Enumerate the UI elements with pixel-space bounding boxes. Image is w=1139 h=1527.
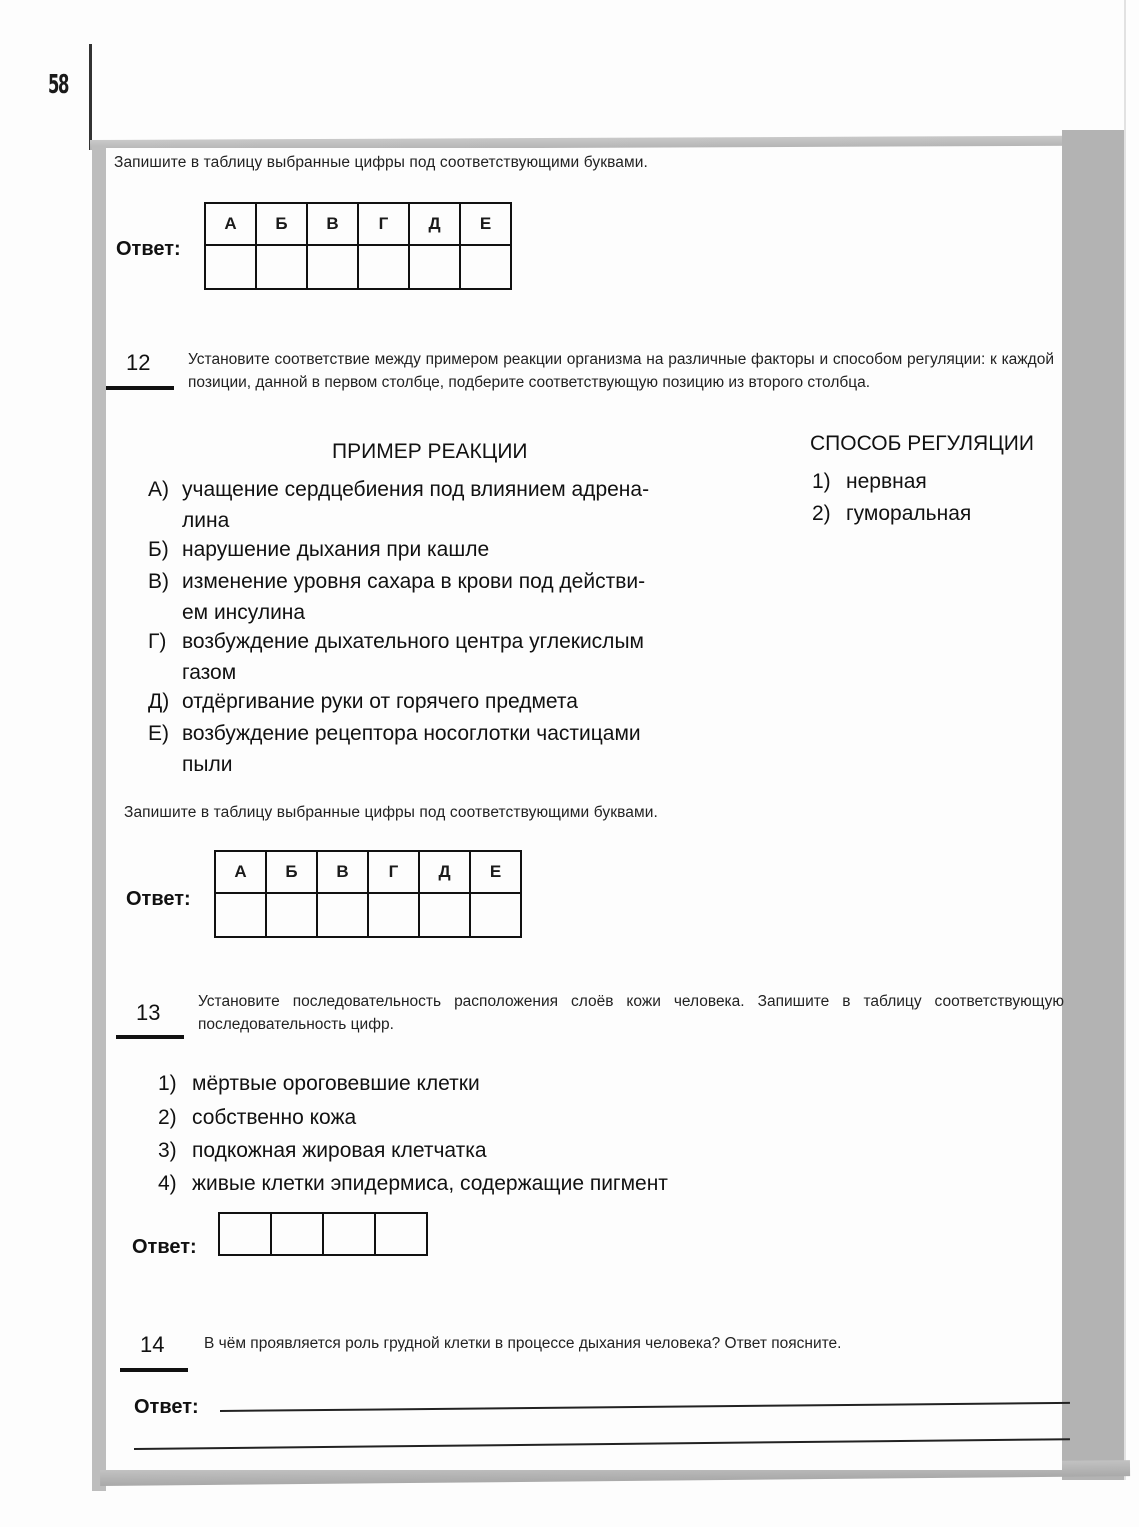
column-d: Д [419,851,470,893]
frame-right-border [1062,130,1124,1480]
question-12-text: Установите соответствие между примером р… [188,348,1054,394]
question-14-answer-label: Ответ: [134,1396,199,1419]
answer-cell-b[interactable] [266,893,317,937]
sequence-cell-1[interactable] [219,1213,271,1255]
layer-3: 3)подкожная жировая клетчатка [158,1135,487,1166]
sequence-row [219,1213,427,1255]
answer-line-2[interactable] [134,1438,1070,1449]
column-a: А [215,851,266,893]
instruction-top: Запишите в таблицу выбранные цифры под с… [114,154,648,172]
question-12-number: 12 [126,350,150,376]
answer-cell-g[interactable] [368,893,419,937]
question-12-rule [106,386,174,390]
page-number: 58 [48,70,68,100]
task-frame: Запишите в таблицу выбранные цифры под с… [106,148,1062,1470]
answer-cell-d[interactable] [409,245,460,289]
examples-column-title: ПРИМЕР РЕАКЦИИ [332,440,528,464]
answer-table-header: А Б В Г Д Е [205,203,511,245]
example-a: А)учащение сердцебиения под влиянием адр… [148,474,738,536]
question-12-instruction: Запишите в таблицу выбранные цифры под с… [124,804,658,822]
layer-4: 4)живые клетки эпидермиса, содержащие пи… [158,1168,668,1199]
column-b: Б [256,203,307,245]
question-13-answer-table [218,1212,428,1256]
answer-cell-g[interactable] [358,245,409,289]
sequence-cell-4[interactable] [375,1213,427,1255]
column-e: Е [460,203,511,245]
answer-cell-e[interactable] [470,893,521,937]
page-edge [1124,0,1126,1480]
margin-rule [89,44,92,150]
answer-cell-b[interactable] [256,245,307,289]
column-g: Г [358,203,409,245]
column-v: В [307,203,358,245]
column-g: Г [368,851,419,893]
example-g: Г)возбуждение дыхательного центра углеки… [148,626,738,688]
answer-cell-v[interactable] [307,245,358,289]
question-14-rule [120,1368,188,1372]
method-1: 1)нервная [812,466,927,497]
answer-cell-a[interactable] [205,245,256,289]
answer-table-top: А Б В Г Д Е [204,202,512,290]
column-a: А [205,203,256,245]
column-b: Б [266,851,317,893]
question-12-answer-table: А Б В Г Д Е [214,850,522,938]
answer-cell-d[interactable] [419,893,470,937]
answer-cell-v[interactable] [317,893,368,937]
method-2: 2)гуморальная [812,498,971,529]
answer-label-top: Ответ: [116,238,181,261]
question-13-answer-label: Ответ: [132,1236,197,1259]
column-d: Д [409,203,460,245]
column-v: В [317,851,368,893]
answer-cell-e[interactable] [460,245,511,289]
sequence-cell-3[interactable] [323,1213,375,1255]
question-14-text: В чём проявляется роль грудной клетки в … [204,1332,1064,1355]
question-13-number: 13 [136,1000,160,1026]
example-v: В)изменение уровня сахара в крови под де… [148,566,738,628]
example-e: Е)возбуждение рецептора носоглотки части… [148,718,738,780]
answer-line-1[interactable] [220,1402,1070,1412]
answer-table-inputs [215,893,521,937]
answer-table-header: А Б В Г Д Е [215,851,521,893]
question-13-text: Установите последовательность расположен… [198,990,1064,1036]
frame-left-border [92,146,106,1491]
layer-2: 2)собственно кожа [158,1102,356,1133]
layer-1: 1)мёртвые ороговевшие клетки [158,1068,480,1099]
question-12-answer-label: Ответ: [126,888,191,911]
example-d: Д)отдёргивание руки от горячего предмета [148,686,738,717]
sequence-cell-2[interactable] [271,1213,323,1255]
question-14-number: 14 [140,1332,164,1358]
methods-column-title: СПОСОБ РЕГУЛЯЦИИ [810,432,1034,456]
example-b: Б)нарушение дыхания при кашле [148,534,738,565]
answer-cell-a[interactable] [215,893,266,937]
column-e: Е [470,851,521,893]
answer-table-inputs [205,245,511,289]
question-13-rule [116,1035,184,1039]
